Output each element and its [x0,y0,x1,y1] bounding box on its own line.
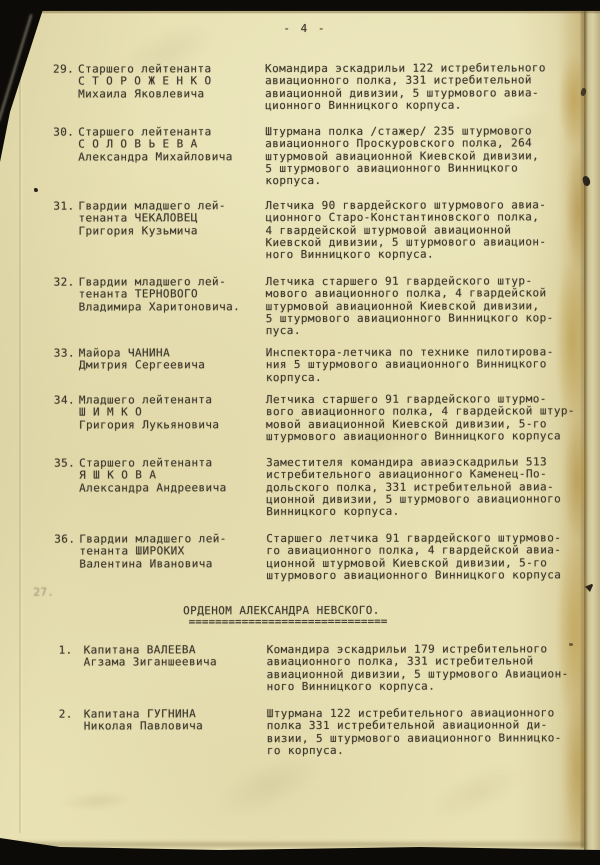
position-column: Старшего летчика 91 гвардейского штурмов… [266,532,578,582]
position-column: Инспектора-летчика по технике пилотирова… [266,346,578,384]
award-entry: 29.Старшего лейтенантаС Т О Р О Ж Е Н К … [0,62,599,64]
scanned-document-page: - 4 - 29.Старшего лейтенантаС Т О Р О Ж … [0,0,600,865]
position-line: штурмового авиационного Винницкого корпу… [266,569,578,582]
recipient-line: Александра Андреевича [79,482,279,495]
entry-number: 35. [54,458,75,470]
recipient-column: Гвардии младшего лей-тенанта ШИРОКИХВале… [79,533,279,571]
ink-speck [34,188,38,192]
recipient-line: Михаила Яковлевича [78,88,278,101]
position-line: ного Винницкого корпуса. [267,680,579,693]
entry-number: 33. [54,348,75,360]
paper-bottom-shadow [0,842,586,847]
position-line: штурмового авиационного Винницкого корпу… [266,430,578,443]
award-entry: 33.Майора ЧАНИНАДмитрия СергеевичаИнспек… [0,346,600,348]
position-line: го корпуса. [267,744,579,757]
position-line: корпуса. [266,371,578,384]
award-entry: 34.Младшего лейтенантаШ И М К ОГригория … [0,393,600,395]
position-column: Штурмана полка /стажер/ 235 штурмовогоав… [265,125,577,188]
position-line: Винницкого корпуса. [266,506,578,519]
position-line: 5 штурмового авиационного Винницкого кор… [266,312,578,325]
position-column: Заместителя командира авиаэскадрильи 513… [266,456,578,519]
award-entry: 1.Капитана ВАЛЕЕВААгзама ЗиганшеевичаКом… [1,643,600,645]
entry-number: 32. [54,277,75,289]
position-line: корпуса. [265,175,577,188]
entry-number: 1. [59,645,73,657]
recipient-line: Александра Михайловича [78,151,278,164]
recipient-column: Старшего лейтенантаС О Л О В Ь Е В ААлек… [78,126,278,164]
recipient-line: Владимира Харитоновича. [79,301,279,314]
position-line: ного Винницкого корпуса. [266,249,578,262]
award-entry: 2.Капитана ГУГНИНАНиколая ПавловичаШтурм… [1,707,600,709]
recipient-column: Капитана ГУГНИНАНиколая Павловича [84,708,284,733]
award-entry: 32.Гвардии младшего лей-тенанта ТЕРНОВОГ… [0,275,600,277]
entry-number: 34. [54,395,75,407]
scan-edge-top [0,0,600,11]
recipient-column: Старшего лейтенантаС Т О Р О Ж Е Н К ОМи… [78,63,278,101]
position-column: Летчика старшего 91 гвардейского штур-мо… [266,275,578,338]
section-heading-underline: ============================== [0,615,575,629]
recipient-column: Гвардии младшего лей-тенанта ЧЕКАЛОВЕЦГр… [78,200,278,238]
entry-number: 29. [53,64,74,76]
typewritten-text: - 4 - 29.Старшего лейтенантаС Т О Р О Ж … [0,0,600,865]
page-number: - 4 - [0,22,600,36]
recipient-column: Капитана ВАЛЕЕВААгзама Зиганшеевича [84,644,284,669]
recipient-column: Старшего лейтенантаЯ Ш К О В ААлександра… [79,457,279,495]
entry-number: 31. [53,201,74,213]
recipient-line: Григория Лукьяновича [79,419,279,432]
award-entry: 31.Гвардии младшего лей-тенанта ЧЕКАЛОВЕ… [0,199,599,201]
position-column: Штурмана 122 истребительного авиационног… [267,707,579,757]
position-line: пуса. [266,325,578,338]
recipient-column: Майора ЧАНИНАДмитрия Сергеевича [79,347,279,372]
award-entry: 36.Гвардии младшего лей-тенанта ШИРОКИХВ… [0,532,600,534]
edge-mark [569,643,573,646]
position-line: ционного Винницкого корпуса. [265,99,577,112]
recipient-line: Валентина Ивановича [79,558,279,571]
entry-number: 36. [54,534,75,546]
position-line: ния 5 штурмового авиационного Винницкого [266,359,578,372]
award-entry: 30.Старшего лейтенантаС О Л О В Ь Е В АА… [0,125,599,127]
award-entry: 35.Старшего лейтенантаЯ Ш К О В ААлексан… [0,456,600,458]
position-column: Летчика 90 гвардейского штурмового авиа-… [265,199,577,262]
recipient-line: Агзама Зиганшеевича [84,656,284,669]
scan-edge-shadow [0,11,600,13]
entry-number: 30. [53,127,74,139]
recipient-line: Дмитрия Сергеевича [79,359,279,372]
position-column: Летчика старшего 91 гвардейского штурмо-… [266,393,578,443]
position-column: Командира эскадрильи 122 истребительного… [265,62,577,112]
recipient-line: Николая Павловича [84,720,284,733]
stray-number-mark: 27. [33,587,54,599]
position-column: Командира эскадрильи 179 истребительного… [267,643,579,693]
recipient-line: Григория Кузьмича [78,225,278,238]
entry-number: 2. [59,709,73,721]
recipient-column: Младшего лейтенантаШ И М К ОГригория Лук… [79,394,279,432]
recipient-column: Гвардии младшего лей-тенанта ТЕРНОВОГОВл… [79,276,279,314]
